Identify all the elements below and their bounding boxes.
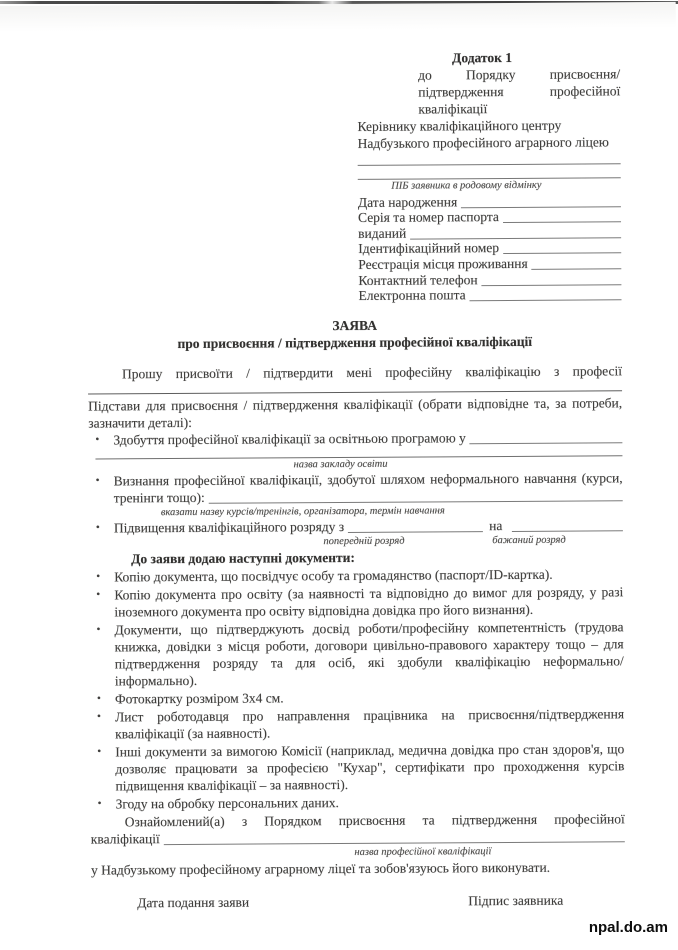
bullet-icon: • (90, 744, 115, 795)
annex-reference-line: до Порядку присвоєння/ (418, 65, 620, 83)
document-title-block: ЗАЯВА про присвоєння / підтвердження про… (88, 315, 622, 352)
ground-item-grade-upgrade: • Підвищення кваліфікаційного розряду з … (89, 516, 623, 549)
ground-grade-mid: на (483, 517, 508, 534)
acknowledgement-line1: Ознайомлений(а) з Порядком присвоєння та… (91, 810, 625, 830)
blank-line (470, 442, 623, 444)
document-list-item: • Інші документи за вимогою Комісії (нап… (90, 740, 624, 794)
acknowledgement-line2-word: кваліфікації (91, 830, 160, 847)
bullet-icon: • (89, 622, 114, 690)
annex-title: Додаток 1 (452, 48, 620, 66)
document-list-item: • Документи, що підтверджують досвід роб… (89, 618, 623, 689)
blank-line (482, 284, 622, 286)
addressee: Керівнику кваліфікаційного центру Надбуз… (357, 116, 620, 152)
document-subtitle: про присвоєння / підтвердження професійн… (88, 332, 622, 352)
blank-line (503, 221, 621, 223)
applicant-fields: Дата народження Серія та номер паспорта … (358, 193, 622, 304)
bullet-icon: • (89, 520, 114, 537)
bullet-icon: • (90, 691, 115, 708)
desired-grade-caption: бажаний розряд (454, 534, 604, 548)
document-item-text: Згоду на обробку персональних даних. (116, 792, 625, 812)
acknowledgement-closing: у Надбузькому професійному аграрному ліц… (91, 858, 625, 878)
document-list-item: • Копію документа, що посвідчує особу та… (89, 565, 623, 585)
bullet-icon: • (90, 709, 115, 743)
request-paragraph: Прошу присвоїти / підтвердити мені профе… (88, 362, 622, 382)
document-list-item: • Лист роботодавця про направлення праці… (90, 705, 624, 742)
addressee-line: Надбузького професійного аграрного ліцею (357, 133, 620, 152)
applicant-field-row: Електронна пошта (358, 287, 621, 304)
applicant-name-caption: ПІБ заявника в родовому відмінку (358, 178, 621, 193)
applicant-field-label: Електронна пошта (358, 286, 465, 304)
bullet-icon: • (88, 432, 113, 449)
date-label: Дата подання заяви (137, 894, 249, 912)
document-list-item: • Згоду на обробку персональних даних. (91, 792, 625, 812)
annex-reference-line: кваліфікації (418, 99, 620, 117)
document-item-text: Копію документа про освіту (за наявності… (114, 583, 623, 620)
documents-list: • Копію документа, що посвідчує особу та… (89, 565, 624, 812)
ground-education-text: Здобуття професійної кваліфікації за осв… (113, 429, 466, 448)
blank-line (470, 299, 622, 301)
desired-grade-blank-line (512, 530, 623, 532)
grounds-intro: Підстави для присвоєння / підтвердження … (88, 394, 622, 431)
signature-label: Підпис заявника (468, 892, 563, 910)
bullet-icon: • (91, 796, 116, 813)
ground-nonformal-line1: Визнання професійної кваліфікації, здобу… (114, 469, 623, 489)
bullet-icon: • (89, 587, 114, 621)
document-item-text: Фотокартку розміром 3х4 см. (115, 687, 624, 707)
document-item-text: Інші документи за вимогою Комісії (напри… (115, 740, 624, 794)
site-watermark: npal.do.am (589, 919, 668, 936)
header-block: Додаток 1 до Порядку присвоєння/ підтвер… (357, 48, 622, 304)
previous-grade-blank-line (348, 531, 483, 533)
ground-nonformal-line2: тренінги тощо): (114, 489, 205, 507)
document-item-text: Копію документа, що посвідчує особу та г… (114, 565, 623, 585)
ground-item-nonformal: • Визнання професійної кваліфікації, здо… (89, 469, 623, 519)
addressee-line: Керівнику кваліфікаційного центру (357, 116, 620, 135)
previous-grade-caption: попередній розряд (284, 535, 444, 549)
document-item-text: Лист роботодавця про направлення працівн… (115, 705, 624, 742)
ground-item-education: • Здобуття професійної кваліфікації за о… (88, 428, 622, 472)
signature-row: Дата подання заяви Підпис заявника (91, 891, 625, 911)
ground-grade-text: Підвищення кваліфікаційного розряду з (114, 518, 344, 536)
bullet-icon: • (89, 473, 114, 490)
blank-line (532, 268, 622, 270)
annex-reference: до Порядку присвоєння/ підтвердження про… (357, 65, 620, 118)
scanned-application-form: Додаток 1 до Порядку присвоєння/ підтвер… (0, 2, 678, 950)
document-list-item: • Фотокартку розміром 3х4 см. (90, 687, 624, 707)
document-list-item: • Копію документа про освіту (за наявнос… (89, 583, 623, 620)
documents-heading: До заяви додаю наступні документи: (131, 547, 623, 567)
document-item-text: Документи, що підтверджують досвід робот… (114, 618, 623, 689)
bullet-icon: • (89, 569, 114, 586)
applicant-field-label: Серія та номер паспорта (358, 208, 499, 226)
annex-reference-line: підтвердження професійної (418, 82, 620, 100)
